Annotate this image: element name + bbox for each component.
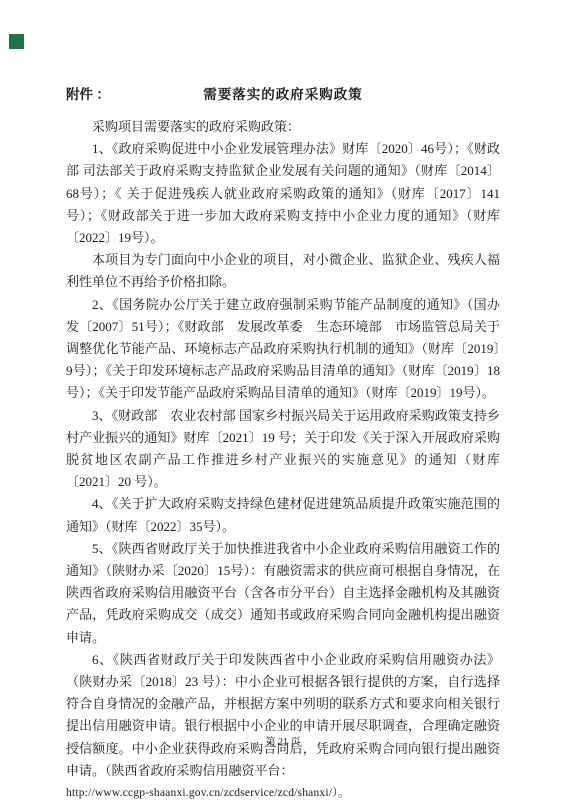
page-number: 第 21 页 — [0, 733, 566, 748]
policy-paragraph-3: 3、《财政部 农业农村部 国家乡村振兴局关于运用政府采购政策支持乡村产业振兴的通… — [66, 405, 500, 494]
attachment-label: 附件 ： — [66, 83, 110, 103]
policy-paragraph-2: 2、《国务院办公厅关于建立政府强制采购节能产品制度的通知》（国办发〔2007〕5… — [66, 294, 500, 405]
policy-paragraph-5: 5、《陕西省财政厅关于加快推进我省中小企业政府采购信用融资工作的通知》（陕财办采… — [66, 538, 500, 649]
document-header: 需要落实的政府采购政策 附件 ： — [66, 83, 500, 101]
policy-paragraph-6: 6、《陕西省财政厅关于印发陕西省中小企业政府采购信用融资办法》（陕财办采〔201… — [66, 649, 500, 782]
document-body: 采购项目需要落实的政府采购政策： 1、《政府采购促进中小企业发展管理办法》财库〔… — [66, 116, 500, 800]
document-page: 需要落实的政府采购政策 附件 ： 采购项目需要落实的政府采购政策： 1、《政府采… — [0, 0, 566, 800]
financing-platform-url: http://www.ccgp-shaanxi.gov.cn/zcdservic… — [66, 782, 500, 800]
policy-paragraph-4: 4、《关于扩大政府采购支持绿色建材促进建筑品质提升政策实施范围的通知》（财库〔2… — [66, 493, 500, 537]
document-title: 需要落实的政府采购政策 — [66, 83, 500, 103]
green-square-marker — [9, 34, 24, 49]
policy-paragraph-smb-note: 本项目为专门面向中小企业的项目，对小微企业、监狱企业、残疾人福利性单位不再给予价… — [66, 249, 500, 293]
intro-line: 采购项目需要落实的政府采购政策： — [66, 116, 500, 138]
policy-paragraph-1: 1、《政府采购促进中小企业发展管理办法》财库〔2020〕46号）；《财政部 司法… — [66, 138, 500, 249]
